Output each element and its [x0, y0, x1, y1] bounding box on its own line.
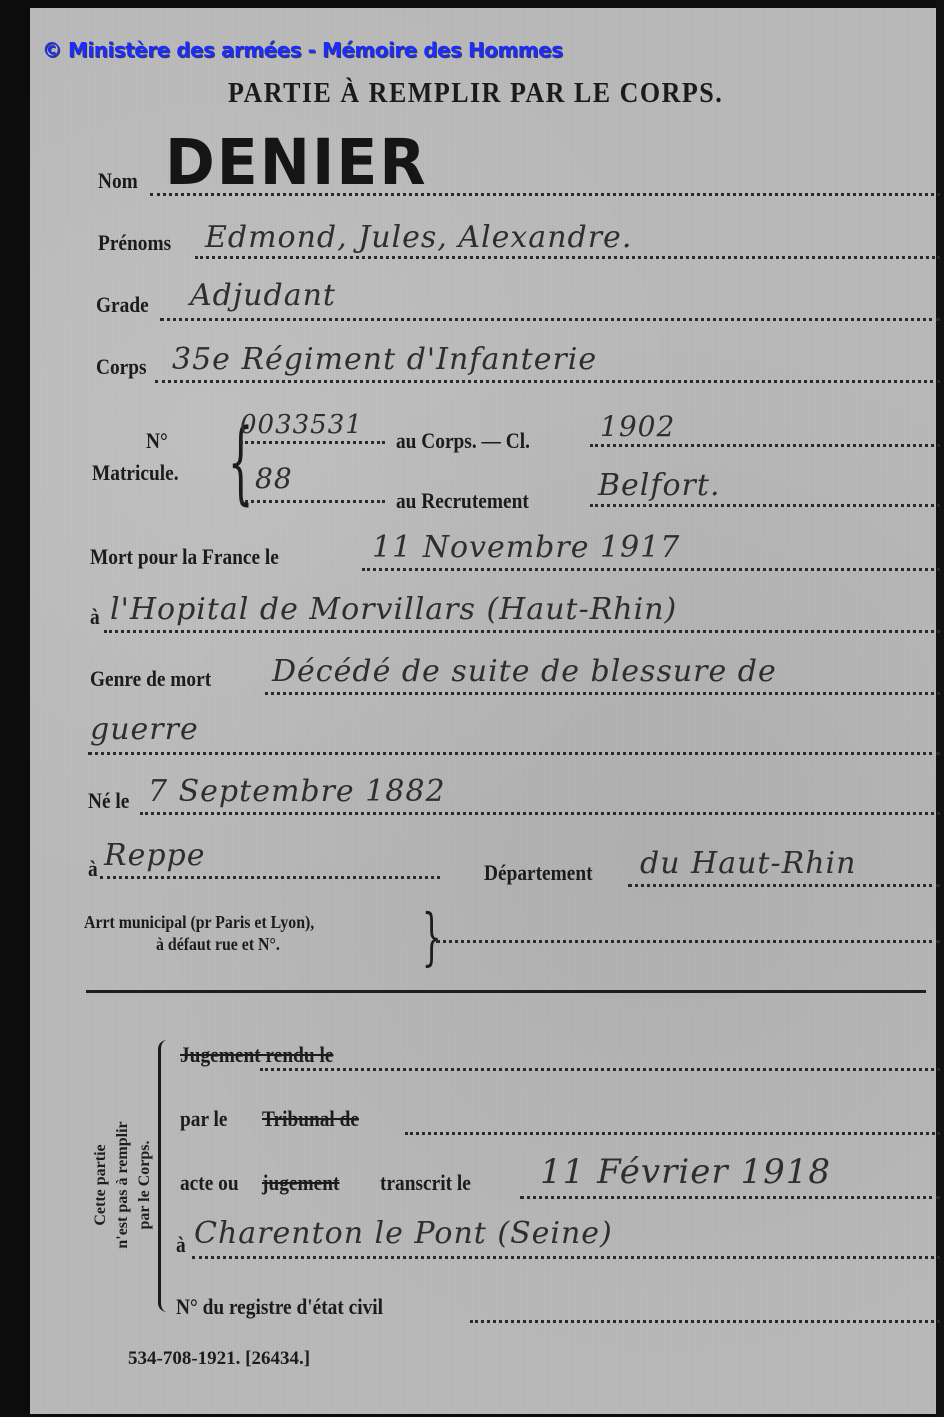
genre-de-mort-line	[265, 692, 940, 695]
classe-value: 1902	[600, 410, 675, 443]
mort-a-value: l'Hopital de Morvillars (Haut-Rhin)	[110, 592, 677, 627]
prenoms-label: Prénoms	[98, 230, 171, 256]
side-note-line-3: par le Corps.	[134, 1121, 156, 1248]
grade-value: Adjudant	[190, 278, 336, 313]
classe-line	[590, 444, 940, 447]
prenoms-line	[195, 256, 940, 259]
corps-label: Corps	[96, 354, 147, 380]
transcrit-line	[520, 1196, 940, 1199]
registre-line	[470, 1320, 940, 1323]
nom-label: Nom	[98, 168, 138, 194]
genre-de-mort-label: Genre de mort	[90, 666, 211, 692]
recrutement-line	[590, 504, 940, 507]
au-corps-label: au Corps. — Cl.	[396, 428, 530, 454]
transcrit-a-label: à	[176, 1232, 186, 1258]
grade-label: Grade	[96, 292, 149, 318]
side-note-line-2: n'est pas à remplir	[112, 1121, 134, 1248]
arrondissement-label-2: à défaut rue et N°.	[156, 934, 280, 955]
transcrit-a-line	[192, 1256, 940, 1259]
transcrit-a-value: Charenton le Pont (Seine)	[194, 1216, 613, 1251]
arrondissement-label: Arrt municipal (pr Paris et Lyon),	[84, 912, 314, 933]
copyright-watermark: © Ministère des armées - Mémoire des Hom…	[42, 38, 563, 62]
departement-label: Département	[484, 860, 593, 886]
matricule-label: Matricule.	[92, 460, 179, 486]
mort-le-label: Mort pour la France le	[90, 544, 279, 570]
mort-le-line	[362, 568, 940, 571]
section-divider	[86, 990, 926, 993]
au-recrutement-label: au Recrutement	[396, 488, 529, 514]
transcrit-value: 11 Février 1918	[540, 1152, 831, 1192]
recrutement-value: Belfort.	[598, 468, 721, 503]
ne-le-line	[140, 812, 940, 815]
ne-le-label: Né le	[88, 788, 129, 814]
departement-line	[628, 884, 940, 887]
jugement-line	[260, 1068, 940, 1071]
lower-bracket	[158, 1040, 167, 1312]
genre-de-mort-value: Décédé de suite de blessure de	[272, 654, 777, 689]
ne-a-value: Reppe	[104, 838, 206, 873]
mort-a-line	[104, 630, 940, 633]
tribunal-label: Tribunal de	[262, 1106, 359, 1132]
corps-value: 35e Régiment d'Infanterie	[172, 342, 597, 377]
jugement-label: Jugement rendu le	[180, 1042, 333, 1068]
departement-value: du Haut-Rhin	[640, 846, 856, 881]
transcrit-label-b: transcrit le	[380, 1170, 471, 1196]
tribunal-line	[405, 1132, 940, 1135]
corps-line	[155, 380, 940, 383]
ne-le-value: 7 Septembre 1882	[148, 774, 446, 809]
recrutement-number-line	[240, 500, 385, 503]
ne-a-line	[100, 876, 440, 879]
mort-le-value: 11 Novembre 1917	[372, 530, 680, 565]
prenoms-value: Edmond, Jules, Alexandre.	[205, 220, 632, 255]
corps-number-line	[240, 441, 385, 444]
tribunal-label-prefix: par le	[180, 1106, 228, 1132]
corps-number-value: 0033531	[240, 410, 363, 440]
arrondissement-brace: }	[422, 900, 442, 973]
genre-de-mort-line-2	[88, 752, 940, 755]
transcrit-label-a: acte ou	[180, 1170, 239, 1196]
side-note-line-1: Cette partie	[90, 1121, 112, 1248]
recrutement-number-value: 88	[255, 462, 293, 495]
side-note: Cette partie n'est pas à remplir par le …	[78, 1080, 168, 1290]
grade-line	[160, 318, 940, 321]
genre-de-mort-value-2: guerre	[90, 712, 199, 747]
ne-a-label: à	[88, 856, 98, 882]
nom-value: DENIER	[165, 126, 428, 200]
transcrit-label-struck: jugement	[262, 1170, 339, 1196]
mort-a-label: à	[90, 604, 100, 630]
registre-label: N° du registre d'état civil	[176, 1294, 383, 1320]
form-heading: PARTIE À REMPLIR PAR LE CORPS.	[228, 77, 723, 110]
form-reference-code: 534-708-1921. [26434.]	[128, 1348, 310, 1370]
arrondissement-line	[436, 940, 940, 943]
scan-edge	[936, 0, 944, 1417]
matricule-label-no: N°	[146, 428, 168, 454]
nom-line	[150, 193, 940, 196]
